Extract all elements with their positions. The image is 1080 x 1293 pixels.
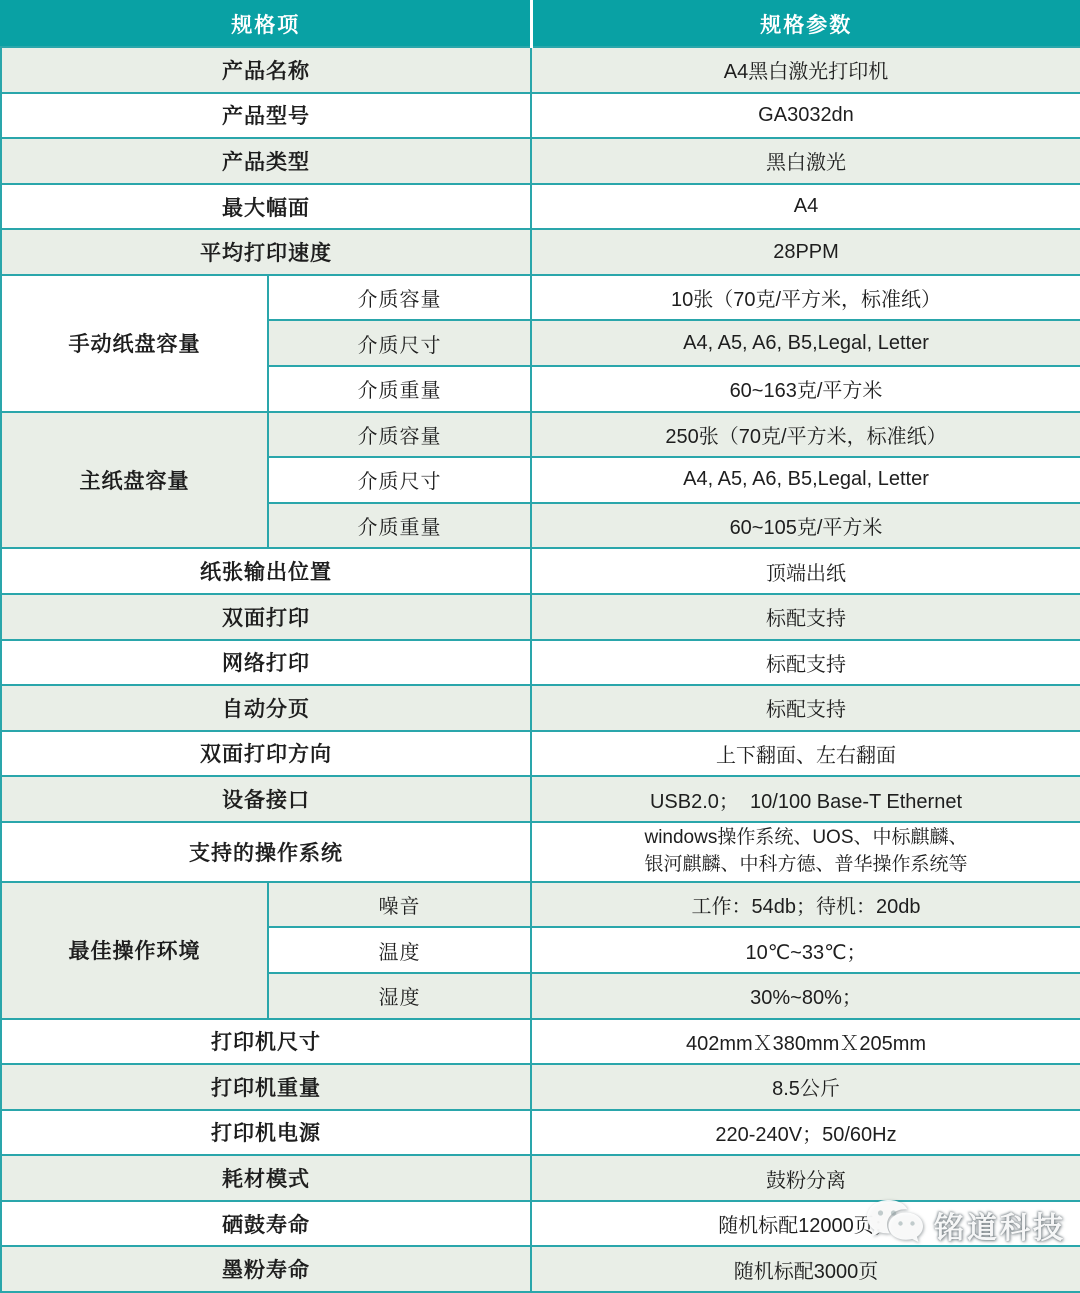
row-main-tray-capacity: 主纸盘容量 介质容量 250张（70克/平方米，标准纸） xyxy=(1,412,1080,458)
row-value: A4黑白激光打印机 xyxy=(531,47,1080,93)
row-label: 墨粉寿命 xyxy=(1,1246,531,1292)
row-duplex-direction: 双面打印方向 上下翻面、左右翻面 xyxy=(1,731,1080,777)
row-printer-weight: 打印机重量 8.5公斤 xyxy=(1,1064,1080,1110)
row-label: 打印机尺寸 xyxy=(1,1019,531,1065)
row-value: 黑白激光 xyxy=(531,138,1080,184)
row-value: 标配支持 xyxy=(531,594,1080,640)
row-drum-life: 硒鼓寿命 随机标配12000页； xyxy=(1,1201,1080,1247)
row-value: 250张（70克/平方米，标准纸） xyxy=(531,412,1080,458)
row-label: 设备接口 xyxy=(1,776,531,822)
row-value: 60~105克/平方米 xyxy=(531,503,1080,549)
row-sublabel: 介质尺寸 xyxy=(268,320,531,366)
row-label: 最大幅面 xyxy=(1,184,531,230)
group-cell-main-tray: 主纸盘容量 xyxy=(1,412,268,549)
row-value: 28PPM xyxy=(531,229,1080,275)
row-value: 30%~80%； xyxy=(531,973,1080,1019)
group-cell-manual-tray: 手动纸盘容量 xyxy=(1,275,268,412)
row-value: windows操作系统、UOS、中标麒麟、银河麒麟、中科方德、普华操作系统等 xyxy=(531,822,1080,882)
row-value: 60~163克/平方米 xyxy=(531,366,1080,412)
row-sublabel: 介质重量 xyxy=(268,366,531,412)
row-product-type: 产品类型 黑白激光 xyxy=(1,138,1080,184)
row-value: 220-240V；50/60Hz xyxy=(531,1110,1080,1156)
row-value: 标配支持 xyxy=(531,685,1080,731)
row-environment-noise: 最佳操作环境 噪音 工作：54db；待机：20db xyxy=(1,882,1080,928)
row-value: 鼓粉分离 xyxy=(531,1155,1080,1201)
row-label: 产品类型 xyxy=(1,138,531,184)
row-label: 耗材模式 xyxy=(1,1155,531,1201)
row-value: 随机标配3000页 xyxy=(531,1246,1080,1292)
row-duplex-print: 双面打印 标配支持 xyxy=(1,594,1080,640)
row-value: A4, A5, A6, B5,Legal, Letter xyxy=(531,457,1080,503)
row-label: 双面打印方向 xyxy=(1,731,531,777)
row-value: 上下翻面、左右翻面 xyxy=(531,731,1080,777)
row-label: 网络打印 xyxy=(1,640,531,686)
row-product-model: 产品型号 GA3032dn xyxy=(1,93,1080,139)
row-consumable-mode: 耗材模式 鼓粉分离 xyxy=(1,1155,1080,1201)
row-value: 随机标配12000页； xyxy=(531,1201,1080,1247)
os-line-1: windows操作系统、UOS、中标麒麟、 xyxy=(538,825,1074,852)
os-line-2: 银河麒麟、中科方德、普华操作系统等 xyxy=(538,852,1074,879)
row-label: 自动分页 xyxy=(1,685,531,731)
row-label: 双面打印 xyxy=(1,594,531,640)
row-sublabel: 噪音 xyxy=(268,882,531,928)
row-sublabel: 温度 xyxy=(268,927,531,973)
row-sublabel: 介质容量 xyxy=(268,412,531,458)
row-manual-tray-capacity: 手动纸盘容量 介质容量 10张（70克/平方米，标准纸） xyxy=(1,275,1080,321)
row-max-size: 最大幅面 A4 xyxy=(1,184,1080,230)
row-value: 10℃~33℃； xyxy=(531,927,1080,973)
row-value: 402mmＸ380mmＸ205mm xyxy=(531,1019,1080,1065)
row-value: 8.5公斤 xyxy=(531,1064,1080,1110)
row-sublabel: 介质尺寸 xyxy=(268,457,531,503)
row-label: 支持的操作系统 xyxy=(1,822,531,882)
row-network-print: 网络打印 标配支持 xyxy=(1,640,1080,686)
row-paper-output: 纸张输出位置 顶端出纸 xyxy=(1,548,1080,594)
group-cell-environment: 最佳操作环境 xyxy=(1,882,268,1019)
row-label: 产品型号 xyxy=(1,93,531,139)
row-value: USB2.0； 10/100 Base-T Ethernet xyxy=(531,776,1080,822)
row-value: A4 xyxy=(531,184,1080,230)
header-spec-item: 规格项 xyxy=(1,1,531,47)
row-value: 工作：54db；待机：20db xyxy=(531,882,1080,928)
row-value: 顶端出纸 xyxy=(531,548,1080,594)
row-sublabel: 湿度 xyxy=(268,973,531,1019)
row-value: GA3032dn xyxy=(531,93,1080,139)
row-label: 产品名称 xyxy=(1,47,531,93)
row-auto-collate: 自动分页 标配支持 xyxy=(1,685,1080,731)
printer-spec-sheet: 规格项 规格参数 产品名称 A4黑白激光打印机 产品型号 GA3032dn 产品… xyxy=(0,0,1080,1293)
row-printer-dimensions: 打印机尺寸 402mmＸ380mmＸ205mm xyxy=(1,1019,1080,1065)
row-printer-power: 打印机电源 220-240V；50/60Hz xyxy=(1,1110,1080,1156)
row-value: A4, A5, A6, B5,Legal, Letter xyxy=(531,320,1080,366)
row-print-speed: 平均打印速度 28PPM xyxy=(1,229,1080,275)
row-product-name: 产品名称 A4黑白激光打印机 xyxy=(1,47,1080,93)
spec-table: 规格项 规格参数 产品名称 A4黑白激光打印机 产品型号 GA3032dn 产品… xyxy=(0,0,1080,1293)
row-label: 打印机电源 xyxy=(1,1110,531,1156)
row-toner-life: 墨粉寿命 随机标配3000页 xyxy=(1,1246,1080,1292)
header-row: 规格项 规格参数 xyxy=(1,1,1080,47)
row-os-support: 支持的操作系统 windows操作系统、UOS、中标麒麟、银河麒麟、中科方德、普… xyxy=(1,822,1080,882)
row-device-interface: 设备接口 USB2.0； 10/100 Base-T Ethernet xyxy=(1,776,1080,822)
row-value: 10张（70克/平方米，标准纸） xyxy=(531,275,1080,321)
row-value: 标配支持 xyxy=(531,640,1080,686)
row-label: 硒鼓寿命 xyxy=(1,1201,531,1247)
header-spec-param: 规格参数 xyxy=(531,1,1080,47)
row-label: 纸张输出位置 xyxy=(1,548,531,594)
row-label: 打印机重量 xyxy=(1,1064,531,1110)
row-sublabel: 介质重量 xyxy=(268,503,531,549)
row-label: 平均打印速度 xyxy=(1,229,531,275)
row-sublabel: 介质容量 xyxy=(268,275,531,321)
